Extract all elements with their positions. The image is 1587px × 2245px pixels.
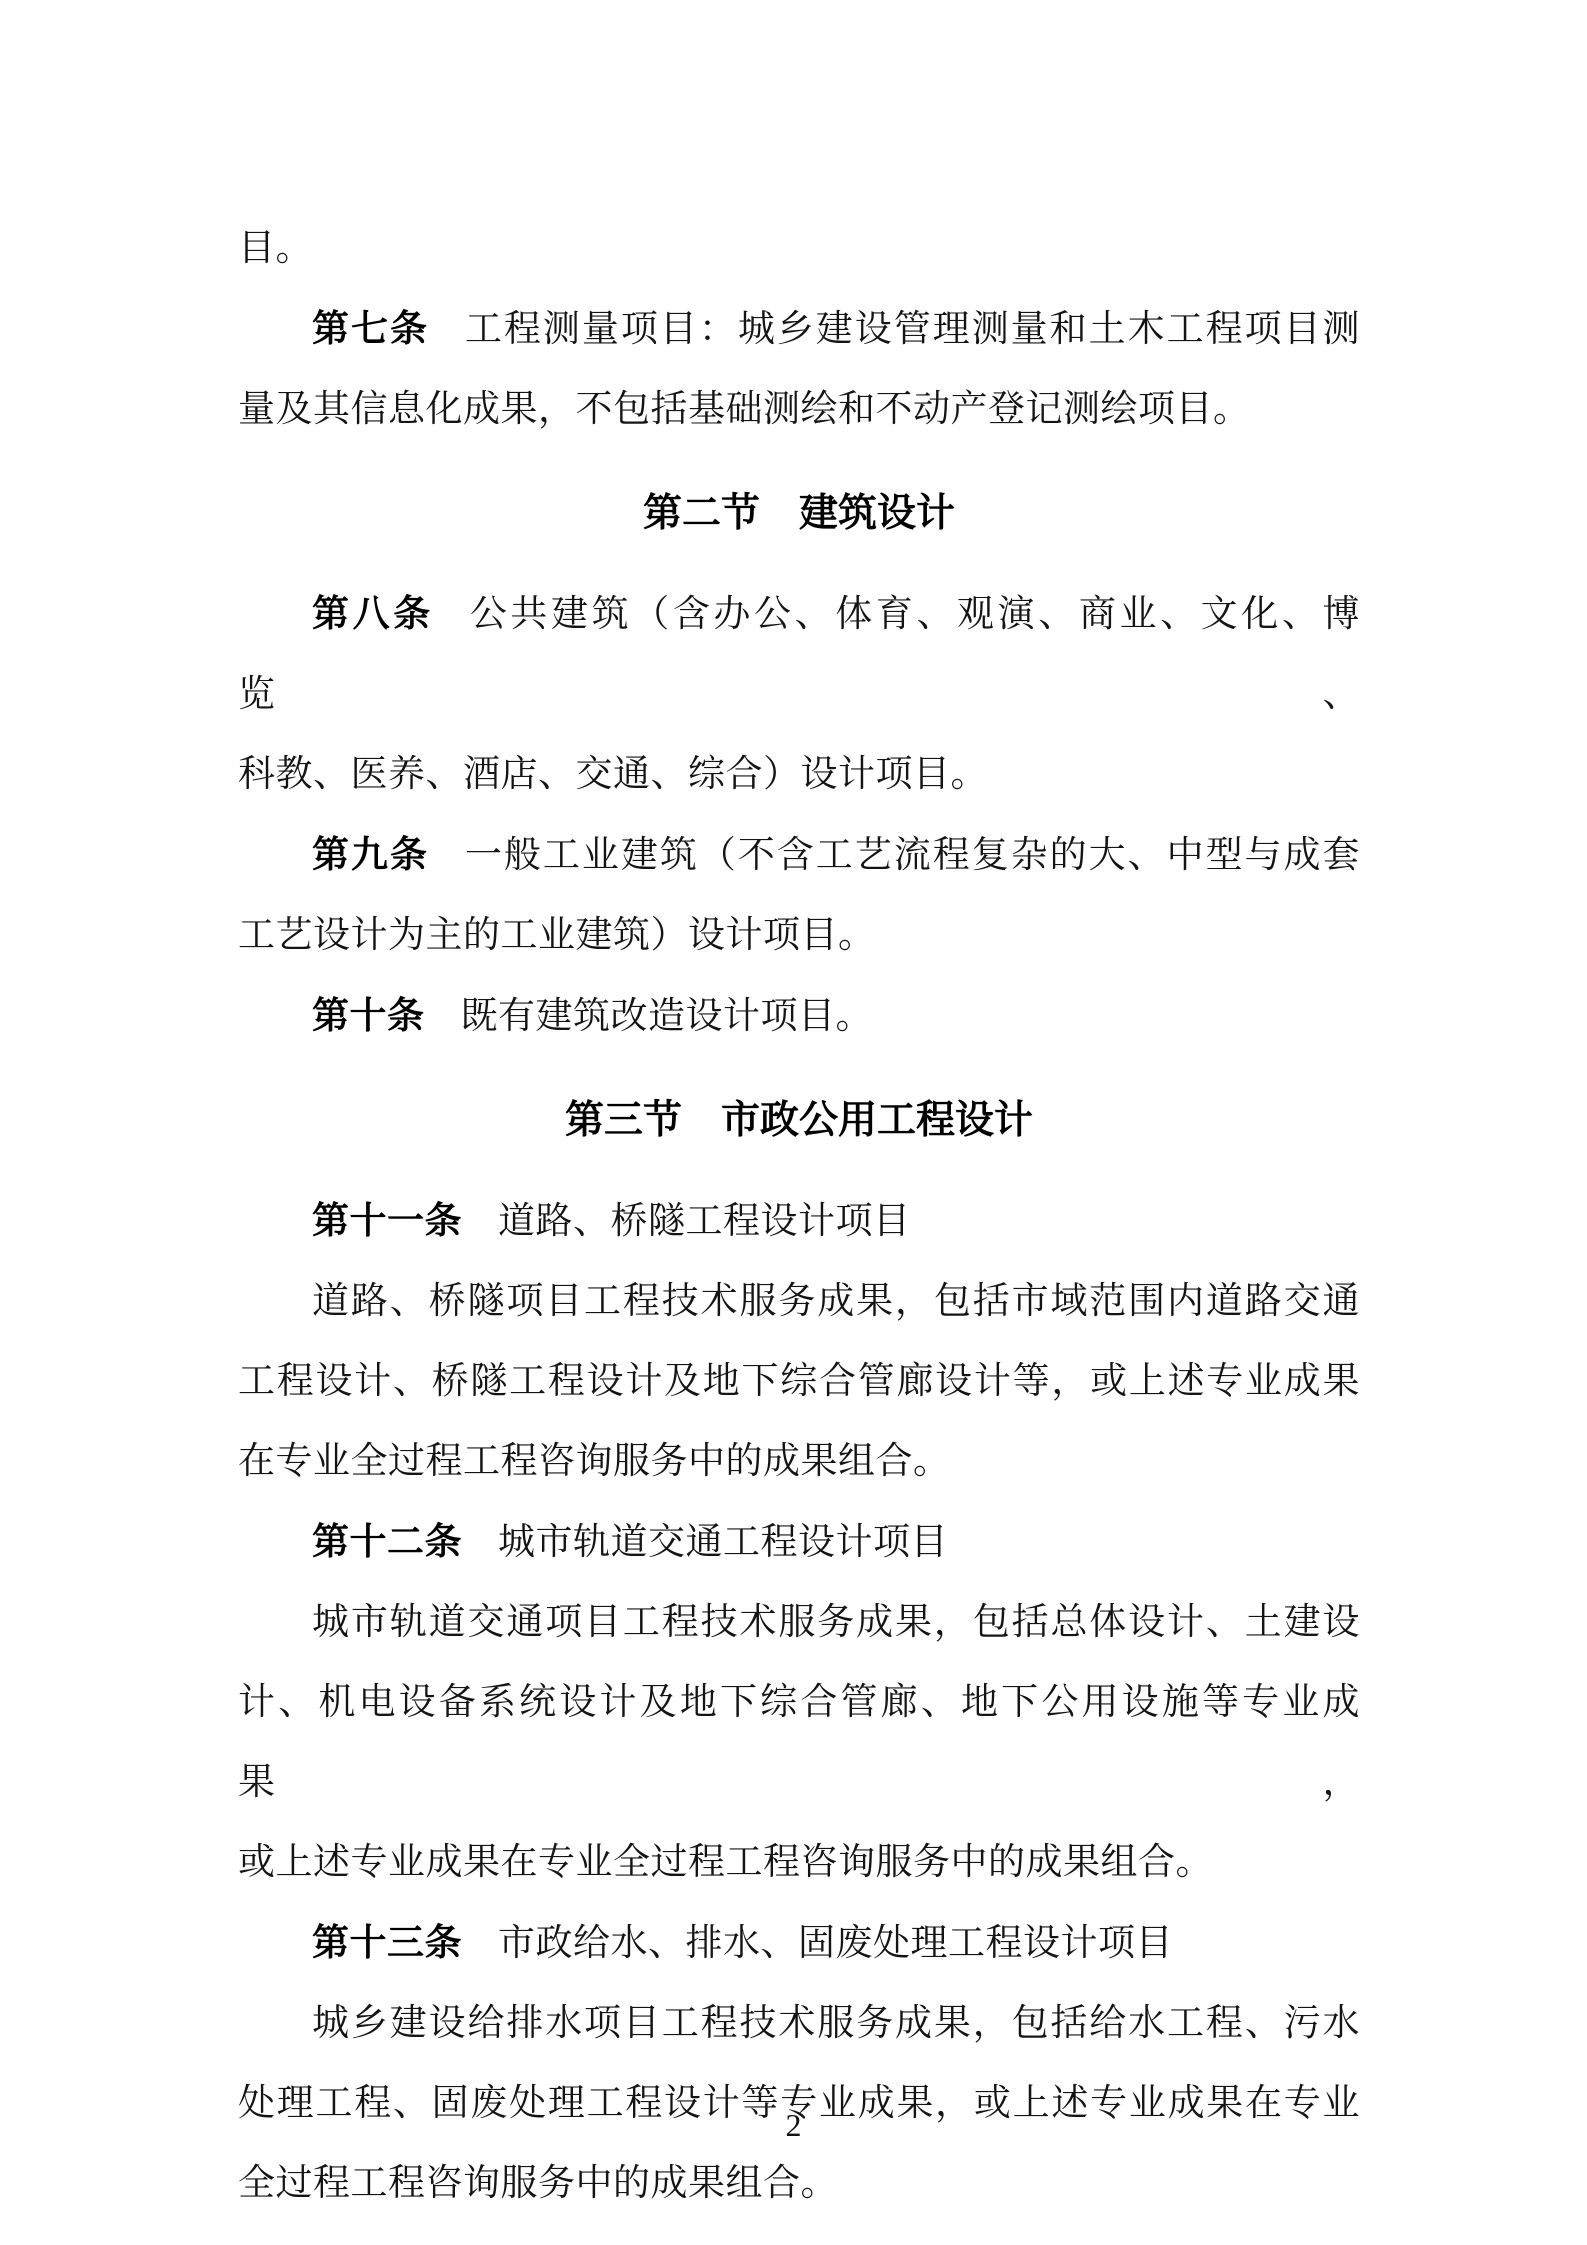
text-line: 计、机电设备系统设计及地下综合管廊、地下公用设施等专业成果， <box>238 1663 1360 1823</box>
text-line: 科教、医养、酒店、交通、综合）设计项目。 <box>238 735 1360 815</box>
text-line: 全过程工程咨询服务中的成果组合。 <box>238 2144 1360 2224</box>
page-number: 2 <box>0 2105 1587 2145</box>
text-line: 第八条公共建筑（含办公、体育、观演、商业、文化、博览、 <box>238 574 1360 735</box>
line-text: 一般工业建筑（不含工艺流程复杂的大、中型与成套 <box>465 835 1360 876</box>
line-text: 市政给水、排水、固废处理工程设计项目 <box>498 1923 1173 1964</box>
paragraph: 第九条一般工业建筑（不含工艺流程复杂的大、中型与成套工艺设计为主的工业建筑）设计… <box>238 815 1360 976</box>
article-number: 第十三条 <box>312 1922 462 1963</box>
text-line: 或上述专业成果在专业全过程工程咨询服务中的成果组合。 <box>238 1823 1360 1903</box>
line-text: 道路、桥隧工程设计项目 <box>498 1201 911 1242</box>
paragraph: 第七条工程测量项目：城乡建设管理测量和土木工程项目测量及其信息化成果，不包括基础… <box>238 289 1360 450</box>
line-text: 既有建筑改造设计项目。 <box>461 996 874 1037</box>
article-number: 第九条 <box>312 834 429 875</box>
article-number: 第十条 <box>312 995 425 1036</box>
article-number: 第十一条 <box>312 1200 462 1241</box>
text-line: 量及其信息化成果，不包括基础测绘和不动产登记测绘项目。 <box>238 370 1360 450</box>
text-line: 工艺设计为主的工业建筑）设计项目。 <box>238 896 1360 976</box>
article-number: 第八条 <box>312 593 434 634</box>
text-line: 道路、桥隧项目工程技术服务成果，包括市域范围内道路交通 <box>238 1262 1360 1342</box>
paragraph: 城乡建设给排水项目工程技术服务成果，包括给水工程、污水处理工程、固废处理工程设计… <box>238 1984 1360 2224</box>
paragraph: 第十二条城市轨道交通工程设计项目 <box>238 1502 1360 1583</box>
text-line: 第七条工程测量项目：城乡建设管理测量和土木工程项目测 <box>238 289 1360 370</box>
section-heading: 第二节 建筑设计 <box>238 474 1360 554</box>
text-line: 工程设计、桥隧工程设计及地下综合管廊设计等，或上述专业成果 <box>238 1342 1360 1422</box>
paragraph: 第八条公共建筑（含办公、体育、观演、商业、文化、博览、科教、医养、酒店、交通、综… <box>238 574 1360 815</box>
paragraph: 第十一条道路、桥隧工程设计项目 <box>238 1181 1360 1262</box>
text-line: 目。 <box>238 209 1360 289</box>
paragraph: 第十条既有建筑改造设计项目。 <box>238 976 1360 1057</box>
document-body: 目。第七条工程测量项目：城乡建设管理测量和土木工程项目测量及其信息化成果，不包括… <box>238 209 1360 2224</box>
text-line: 在专业全过程工程咨询服务中的成果组合。 <box>238 1422 1360 1502</box>
paragraph: 目。 <box>238 209 1360 289</box>
paragraph: 第十三条市政给水、排水、固废处理工程设计项目 <box>238 1903 1360 1984</box>
paragraph: 城市轨道交通项目工程技术服务成果，包括总体设计、土建设计、机电设备系统设计及地下… <box>238 1583 1360 1903</box>
line-text: 工程测量项目：城乡建设管理测量和土木工程项目测 <box>465 309 1360 350</box>
text-line: 第十二条城市轨道交通工程设计项目 <box>238 1502 1360 1583</box>
document-page: { "page": { "number": "2", "background_c… <box>0 0 1587 2245</box>
article-number: 第七条 <box>312 308 429 349</box>
paragraph: 道路、桥隧项目工程技术服务成果，包括市域范围内道路交通工程设计、桥隧工程设计及地… <box>238 1262 1360 1502</box>
text-line: 第十条既有建筑改造设计项目。 <box>238 976 1360 1057</box>
line-text: 城市轨道交通工程设计项目 <box>498 1522 948 1563</box>
text-line: 第九条一般工业建筑（不含工艺流程复杂的大、中型与成套 <box>238 815 1360 896</box>
article-number: 第十二条 <box>312 1521 462 1562</box>
section-heading: 第三节 市政公用工程设计 <box>238 1081 1360 1161</box>
text-line: 城市轨道交通项目工程技术服务成果，包括总体设计、土建设 <box>238 1583 1360 1663</box>
text-line: 第十一条道路、桥隧工程设计项目 <box>238 1181 1360 1262</box>
text-line: 城乡建设给排水项目工程技术服务成果，包括给水工程、污水 <box>238 1984 1360 2064</box>
text-line: 第十三条市政给水、排水、固废处理工程设计项目 <box>238 1903 1360 1984</box>
